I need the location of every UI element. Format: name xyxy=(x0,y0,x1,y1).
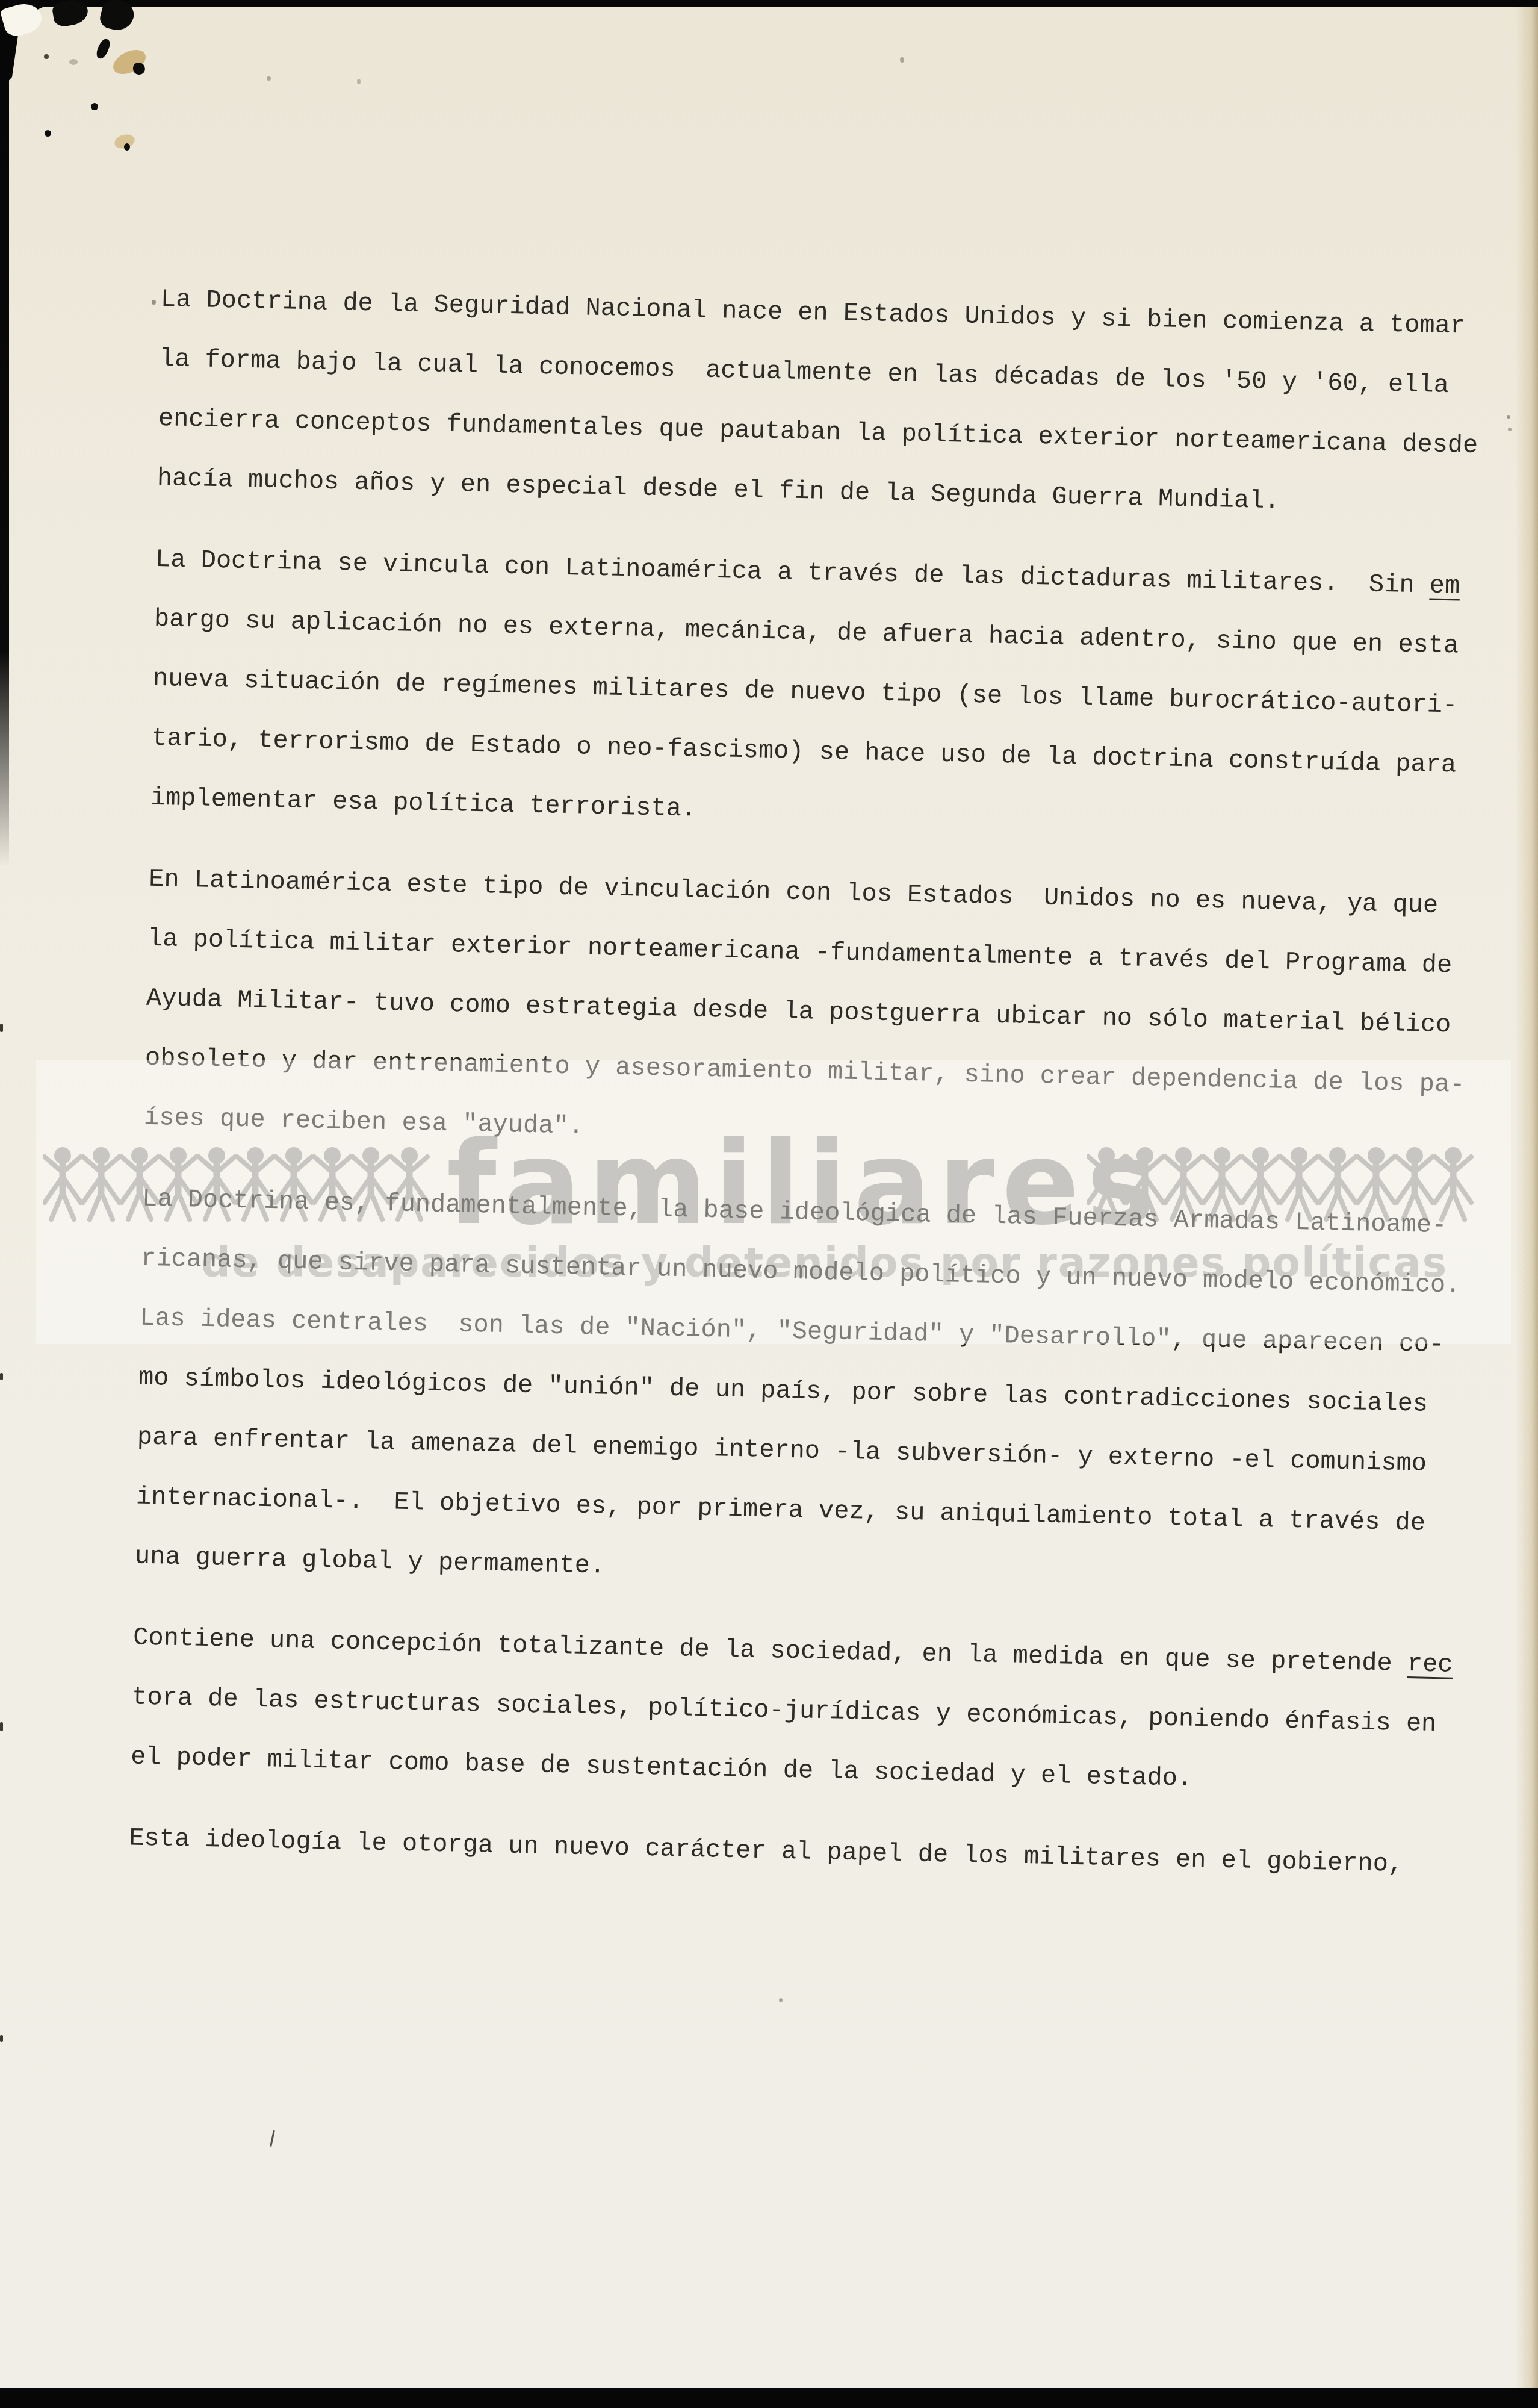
paragraph: La Doctrina se vincula con Latinoamérica… xyxy=(150,530,1498,856)
faint-mark xyxy=(900,57,904,63)
faint-mark xyxy=(1507,415,1510,419)
faint-mark xyxy=(267,76,271,81)
edge-nick xyxy=(0,1024,3,1032)
ink-speck xyxy=(44,54,49,59)
paragraph: Esta ideología le otorga un nuevo caráct… xyxy=(128,1808,1472,1896)
watermark-light-band xyxy=(36,1060,1511,1344)
edge-nick xyxy=(0,2035,3,2042)
scan-edge-left xyxy=(0,0,9,867)
faint-mark xyxy=(779,1998,783,2002)
edge-nick xyxy=(0,1373,3,1380)
paper-right-edge xyxy=(1515,5,1538,2389)
scanned-page: familiares de desaparecidos y detenidos … xyxy=(0,0,1538,2408)
scan-edge-bottom xyxy=(0,2388,1538,2408)
paragraph: Contiene una concepción totalizante de l… xyxy=(130,1608,1476,1815)
ink-speck xyxy=(124,143,130,151)
faint-mark xyxy=(69,59,78,65)
faint-mark xyxy=(1508,428,1512,431)
edge-nick xyxy=(0,1722,3,1731)
typed-line: Esta ideología le otorga un nuevo caráct… xyxy=(128,1808,1472,1896)
scan-edge-top xyxy=(0,0,1538,7)
underlined-syllable: em xyxy=(1429,571,1460,601)
ink-speck xyxy=(91,103,98,110)
underlined-syllable: rec xyxy=(1407,1649,1453,1679)
paragraph: La Doctrina de la Seguridad Nacional nac… xyxy=(157,270,1504,536)
faint-mark xyxy=(357,79,361,84)
ink-speck xyxy=(133,63,145,75)
ink-speck xyxy=(45,130,51,137)
faint-mark xyxy=(152,300,156,305)
